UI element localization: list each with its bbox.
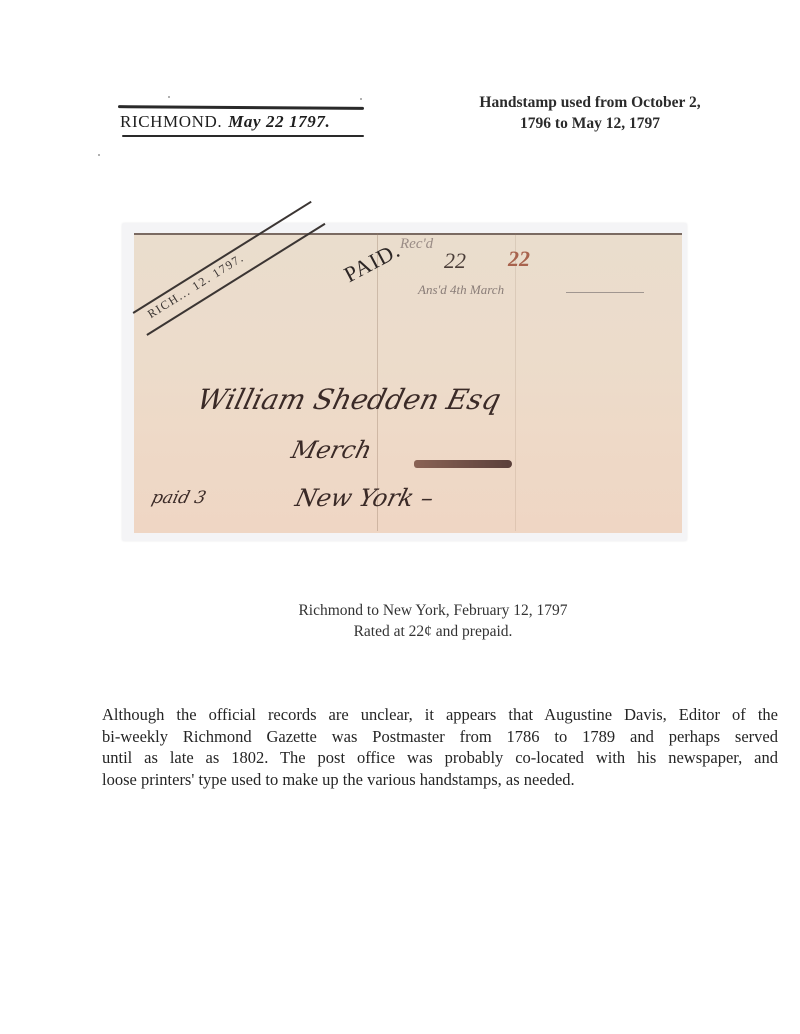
speck-mark bbox=[98, 154, 100, 156]
speck-mark bbox=[168, 96, 170, 98]
description-line: Although the official records are unclea… bbox=[102, 704, 778, 726]
handstamp-top-rule bbox=[118, 105, 364, 110]
ink-flourish bbox=[414, 460, 512, 468]
handstamp-caption: Handstamp used from October 2, 1796 to M… bbox=[440, 92, 740, 134]
handstamp-text: RICHMOND.May 22 1797. bbox=[120, 112, 330, 132]
description-line: bi-weekly Richmond Gazette was Postmaste… bbox=[102, 726, 778, 748]
caption-line1: Richmond to New York, February 12, 1797 bbox=[200, 600, 666, 621]
handstamp-caption-line1: Handstamp used from October 2, bbox=[440, 92, 740, 113]
manuscript-paid: paid 3 bbox=[150, 488, 209, 508]
cover-caption: Richmond to New York, February 12, 1797 … bbox=[200, 600, 666, 642]
handstamp-caption-line2: 1796 to May 12, 1797 bbox=[440, 113, 740, 134]
description-paragraph: Although the official records are unclea… bbox=[102, 704, 778, 790]
address-line-title: Merch bbox=[289, 436, 375, 464]
handstamp-town: RICHMOND. bbox=[120, 112, 222, 131]
speck-mark bbox=[360, 98, 362, 100]
address-line-city: New York – bbox=[293, 484, 437, 512]
address-line-name: William Shedden Esq bbox=[194, 383, 504, 416]
handstamp-date: May 22 1797. bbox=[228, 112, 330, 131]
handstamp-bottom-rule bbox=[122, 135, 364, 137]
cover-fold-line bbox=[515, 233, 516, 531]
docket-notation: Ans'd 4th March bbox=[418, 282, 504, 298]
pencil-notation: Rec'd bbox=[400, 236, 433, 253]
description-line: until as late as 1802. The post office w… bbox=[102, 747, 778, 769]
docket-underline bbox=[566, 292, 644, 293]
caption-line2: Rated at 22¢ and prepaid. bbox=[200, 621, 666, 642]
handstamp-tracing: RICHMOND.May 22 1797. bbox=[118, 103, 364, 139]
description-line: loose printers' type used to make up the… bbox=[102, 769, 778, 791]
red-rate-marking: 22 bbox=[508, 246, 530, 272]
manuscript-rate: 22 bbox=[444, 248, 466, 274]
